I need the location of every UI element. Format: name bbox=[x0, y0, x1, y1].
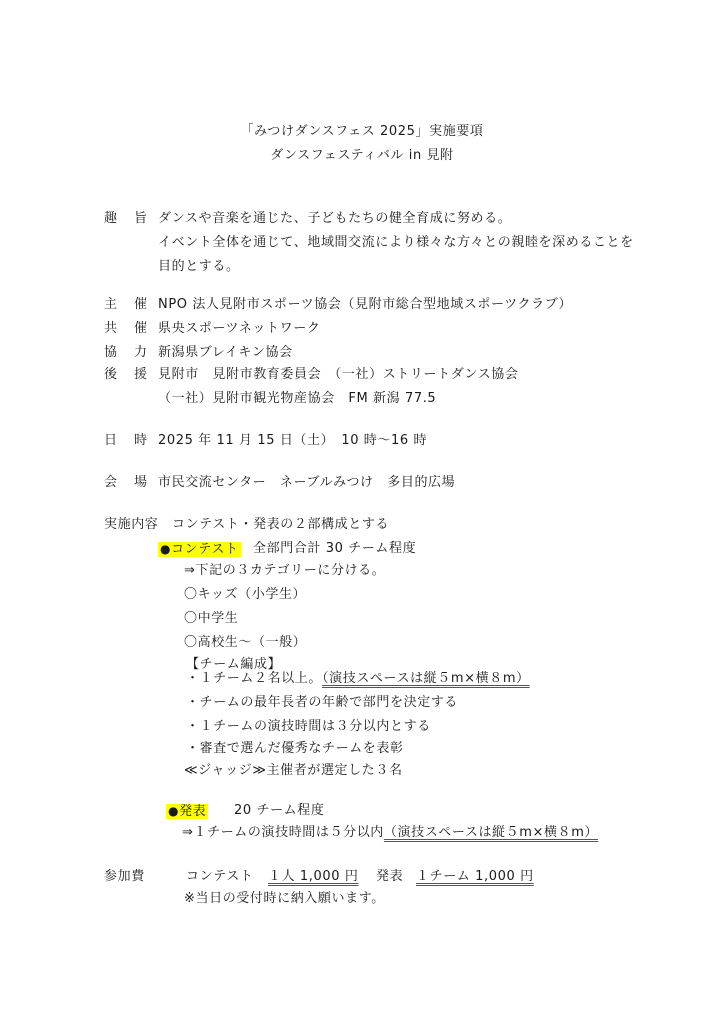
fee-performance-amount: １チーム 1,000 円 bbox=[416, 869, 534, 884]
host-label: 主催 bbox=[104, 296, 154, 314]
fee-contest-amount: １人 1,000 円 bbox=[268, 869, 358, 884]
support-line-1: 見附市 見附市教育委員会 （一社）ストリートダンス協会 bbox=[158, 366, 518, 384]
performance-heading: ●発表 bbox=[166, 802, 208, 821]
team-rule-2: ・チームの最年長者の年齢で部門を決定する bbox=[186, 694, 458, 712]
fee-label: 参加費 bbox=[104, 868, 145, 886]
fee-contest-label: コンテスト bbox=[186, 868, 253, 886]
co-host-row: 共催 bbox=[104, 320, 154, 338]
contest-title-highlight: ●コンテスト bbox=[158, 542, 241, 557]
bullet-icon: ● bbox=[168, 804, 179, 818]
document-subtitle: ダンスフェスティバル in 見附 bbox=[0, 147, 724, 165]
purpose-row: 趣旨 bbox=[104, 210, 154, 228]
performance-note: ⇒１チームの演技時間は５分以内 bbox=[182, 825, 384, 840]
fee-performance-value: １チーム 1,000 円 bbox=[416, 868, 534, 886]
performance-count: 20 チーム程度 bbox=[234, 802, 324, 820]
purpose-label: 趣旨 bbox=[104, 210, 154, 228]
host-value: NPO 法人見附市スポーツ協会（見附市総合型地域スポーツクラブ） bbox=[158, 296, 572, 314]
bullet-icon: ● bbox=[160, 542, 171, 556]
fee-contest-value: １人 1,000 円 bbox=[268, 868, 358, 886]
cooperation-value: 新潟県ブレイキン協会 bbox=[158, 344, 293, 362]
performance-title-highlight: ●発表 bbox=[166, 804, 208, 819]
datetime-label: 日時 bbox=[104, 432, 154, 450]
support-label: 後援 bbox=[104, 366, 154, 384]
datetime-row: 日時 bbox=[104, 432, 154, 450]
purpose-line-1: ダンスや音楽を通じた、子どもたちの健全育成に努める。 bbox=[158, 210, 511, 228]
purpose-line-2: イベント全体を通じて、地域間交流により様々な方々との親睦を深めることを bbox=[158, 234, 634, 252]
document-page: 「みつけダンスフェス 2025」実施要項 ダンスフェスティバル in 見附 趣旨… bbox=[0, 0, 724, 1024]
venue-label: 会場 bbox=[104, 474, 154, 492]
judges-note: ≪ジャッジ≫主催者が選定した３名 bbox=[184, 762, 403, 780]
co-host-label: 共催 bbox=[104, 320, 154, 338]
category-high-school: 〇高校生～（一般） bbox=[184, 634, 306, 652]
host-row: 主催 bbox=[104, 296, 154, 314]
stage-size-underlined: （演技スペースは縦５m×横８m） bbox=[322, 671, 530, 686]
performance-note-row: ⇒１チームの演技時間は５分以内（演技スペースは縦５m×横８m） bbox=[182, 824, 598, 842]
team-rule-1: ・１チーム２名以上。（演技スペースは縦５m×横８m） bbox=[186, 670, 530, 688]
cooperation-row: 協力 bbox=[104, 344, 154, 362]
fee-performance-label: 発表 bbox=[376, 868, 403, 886]
venue-value: 市民交流センター ネーブルみつけ 多目的広場 bbox=[158, 474, 455, 492]
performance-title: 発表 bbox=[179, 804, 206, 819]
performance-stage-size-underlined: （演技スペースは縦５m×横８m） bbox=[384, 825, 598, 840]
cooperation-label: 協力 bbox=[104, 344, 154, 362]
contest-count: 全部門合計 30 チーム程度 bbox=[253, 540, 416, 558]
fee-note: ※当日の受付時に納入願います。 bbox=[184, 890, 385, 908]
document-title: 「みつけダンスフェス 2025」実施要項 bbox=[0, 123, 724, 141]
category-junior-high: 〇中学生 bbox=[184, 610, 238, 628]
contest-heading: ●コンテスト bbox=[158, 540, 241, 559]
category-kids: 〇キッズ（小学生） bbox=[184, 586, 306, 604]
co-host-value: 県央スポーツネットワーク bbox=[158, 320, 320, 338]
contest-title: コンテスト bbox=[171, 542, 238, 557]
team-rule-3: ・１チームの演技時間は３分以内とする bbox=[186, 718, 431, 736]
contest-note: ⇒下記の３カテゴリーに分ける。 bbox=[184, 562, 385, 580]
support-row: 後援 bbox=[104, 366, 154, 384]
content-label: 実施内容 bbox=[104, 516, 158, 534]
venue-row: 会場 bbox=[104, 474, 154, 492]
datetime-value: 2025 年 11 月 15 日（土） 10 時～16 時 bbox=[158, 432, 427, 450]
support-line-2: （一社）見附市観光物産協会 FM 新潟 77.5 bbox=[158, 390, 436, 408]
purpose-line-3: 目的とする。 bbox=[158, 258, 240, 276]
team-rule-1-text: ・１チーム２名以上。 bbox=[186, 671, 322, 686]
content-summary: コンテスト・発表の２部構成とする bbox=[172, 516, 389, 534]
team-rule-4: ・審査で選んだ優秀なチームを表彰 bbox=[186, 740, 404, 758]
